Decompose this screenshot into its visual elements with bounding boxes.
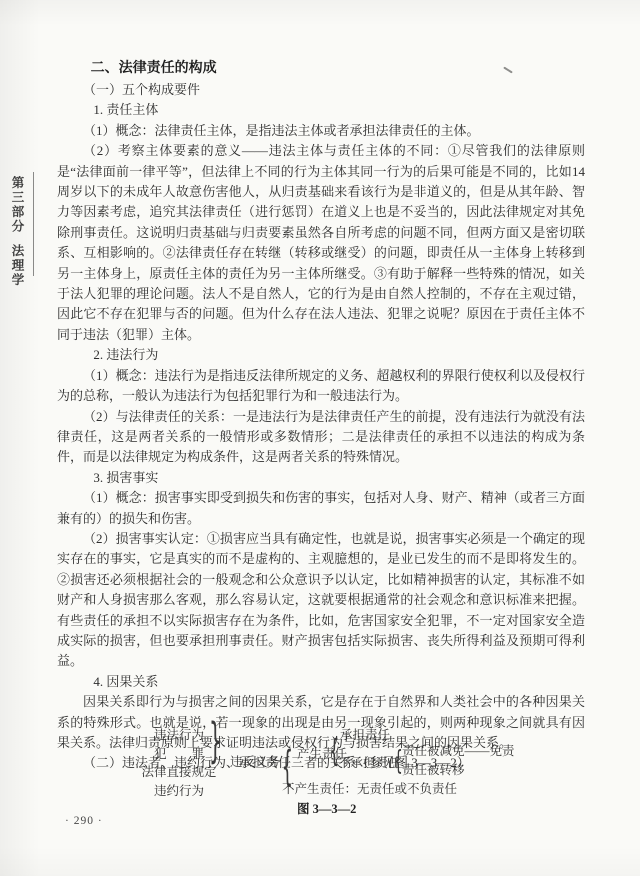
body-paragraph: （2）损害事实认定：①损害应当具有确定性，也就是说，损害事实必须是一个确定的现实… (57, 529, 585, 672)
numbered-heading: 1. 责任主体 (57, 100, 585, 120)
no-liability-label: 不产生责任：无责任或不负责任 (282, 782, 457, 796)
body-paragraph: 因果关系即行为与损害之间的因果关系，它是存在于自然界和人类社会中的各种因果关系的… (57, 692, 585, 753)
body-paragraph: （1）概念：违法行为是指违反法律所规定的义务、超越权利的界限行使权利以及侵权行为… (57, 366, 585, 407)
subsection-heading: （一）五个构成要件 (57, 80, 585, 100)
body-paragraph: （1）概念：损害事实即受到损失和伤害的事实，包括对人身、财产、精神（或者三方面兼… (57, 488, 585, 529)
book-page: { "sidebar": { "part_label": "第三部分", "su… (0, 0, 640, 876)
document-body: 二、法律责任的构成（一）五个构成要件1. 责任主体（1）概念：法律责任主体，是指… (57, 58, 585, 774)
part-number-label: 第三部分 (10, 176, 24, 234)
sidebar-part-label: 第三部分法理学 (8, 176, 26, 296)
body-paragraph: （2）与法律责任的关系：一是违法行为是法律责任产生的前提，没有违法行为就没有法律… (57, 407, 585, 468)
figure-source-item: 违约行为 (138, 782, 220, 801)
numbered-heading: 2. 违法行为 (57, 345, 585, 365)
section-title: 二、法律责任的构成 (57, 58, 585, 80)
sidebar-divider-line (33, 172, 34, 276)
body-paragraph: （1）概念：法律责任主体，是指违法主体或者承担法律责任的主体。 (57, 121, 585, 141)
numbered-heading: 4. 因果关系 (57, 672, 585, 692)
body-paragraph: （2）考察主体要素的意义——违法主体与责任主体的不同：①尽管我们的法律原则是“法… (57, 141, 585, 345)
numbered-heading: 3. 损害事实 (57, 468, 585, 488)
figure-caption: 图 3—3—2 (297, 799, 356, 817)
subject-label: 法理学 (10, 244, 24, 288)
subsection-heading: （二）违法者、违约行为、承担责任三者的关系（参见图 3—3—2） (57, 753, 585, 773)
page-number: · 290 · (65, 815, 103, 827)
